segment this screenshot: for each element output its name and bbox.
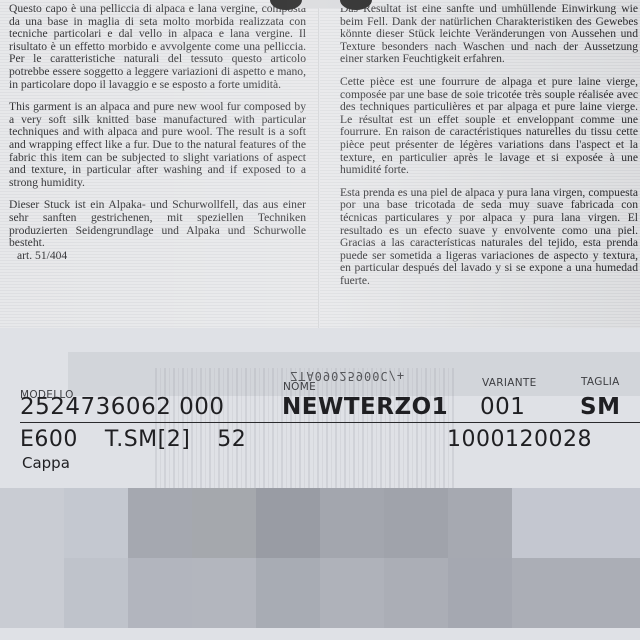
redacted-block — [320, 558, 384, 628]
leaflet-fold — [318, 0, 320, 328]
spanish-paragraph: Esta prenda es una piel de alpaca y pura… — [340, 187, 638, 288]
variante-value: 001 — [480, 394, 525, 420]
modello-value: 2524736062 000 — [20, 394, 225, 420]
leaflet-right-column: Das Resultat ist eine sanfte und umhülle… — [340, 3, 638, 297]
taglia-label: TAGLIA — [581, 376, 620, 388]
nome-value: NEWTERZO1 — [282, 394, 448, 420]
nome-label: NOME — [283, 381, 316, 393]
redacted-block — [256, 558, 320, 628]
label-divider — [20, 422, 640, 423]
redacted-block — [384, 558, 448, 628]
redacted-block — [448, 558, 512, 628]
redacted-block — [576, 558, 640, 628]
care-instruction-leaflet: Questo capo è una pelliccia di alpaca e … — [0, 0, 640, 328]
redacted-block — [448, 488, 512, 558]
redacted-block — [64, 488, 128, 558]
variante-label: VARIANTE — [482, 377, 537, 389]
redacted-block — [512, 488, 576, 558]
german-paragraph-1: Dieser Stuck ist ein Alpaka- und Schurwo… — [9, 199, 306, 249]
redacted-block — [64, 558, 128, 628]
redacted-block — [192, 488, 256, 558]
redacted-block — [192, 558, 256, 628]
redacted-block — [320, 488, 384, 558]
taglia-value: SM — [580, 394, 620, 420]
redacted-block — [128, 488, 192, 558]
item-number: 1000120028 — [447, 427, 592, 452]
redacted-block — [0, 488, 64, 558]
code-line: E600 T.SM[2] 52 — [20, 427, 246, 452]
redacted-block — [128, 558, 192, 628]
redacted-block — [576, 488, 640, 558]
leaflet-left-column: Questo capo è una pelliccia di alpaca e … — [9, 3, 306, 272]
article-number: art. 51/404 — [9, 250, 306, 263]
italian-paragraph: Questo capo è una pelliccia di alpaca e … — [9, 3, 306, 91]
redacted-block — [0, 558, 64, 628]
redacted-block — [256, 488, 320, 558]
item-description: Cappa — [22, 454, 70, 472]
product-label: ZTA09025900C/+ MODELLO NOME VARIANTE TAG… — [0, 328, 640, 640]
redacted-block — [384, 488, 448, 558]
redacted-block — [512, 558, 576, 628]
english-paragraph: This garment is an alpaca and pure new w… — [9, 101, 306, 189]
french-paragraph: Cette pièce est une fourrure de alpaga e… — [340, 76, 638, 177]
german-paragraph-2: Das Resultat ist eine sanfte und umhülle… — [340, 3, 638, 66]
